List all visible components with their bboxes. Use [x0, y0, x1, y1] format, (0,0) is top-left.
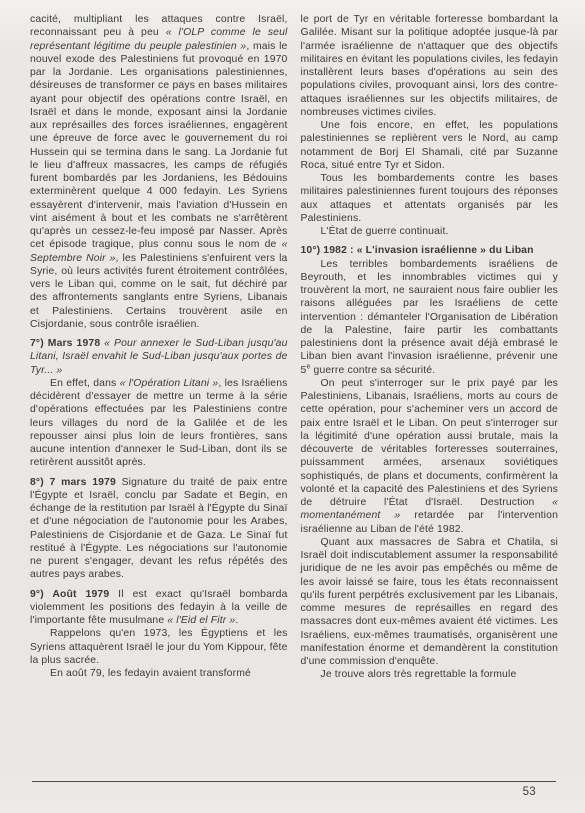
page-number: 53 — [523, 786, 536, 798]
text-segment-normal: , les Israéliens décidèrent d'essayer de… — [30, 378, 288, 469]
text-segment-italic: « l'Eid el Fitr » — [167, 615, 235, 626]
text-segment-normal: En effet, dans — [50, 378, 120, 389]
text-segment-normal: Les terribles bombardements israéliens d… — [301, 259, 559, 376]
text-segment-normal: Signature du traité de paix entre l'Égyp… — [30, 477, 288, 581]
text-segment-normal: L'État de guerre continuait. — [321, 226, 449, 237]
footer-rule — [32, 781, 556, 782]
text-segment-normal: . — [235, 615, 238, 626]
paragraph: Je trouve alors très regrettable la form… — [301, 668, 559, 681]
text-segment-normal: le port de Tyr en véritable forteresse b… — [301, 14, 559, 118]
paragraph: Quant aux massacres de Sabra et Chatila,… — [301, 536, 559, 669]
paragraph: le port de Tyr en véritable forteresse b… — [301, 13, 559, 119]
text-segment-normal: Une fois encore, en effet, les populatio… — [301, 120, 559, 171]
text-segment-bold: 8°) 7 mars 1979 — [30, 477, 122, 488]
text-segment-normal: Je trouve alors très regrettable la form… — [321, 669, 517, 680]
section-heading-paragraph: 7°) Mars 1978 « Pour annexer le Sud-Liba… — [30, 337, 288, 377]
paragraph: En effet, dans « l'Opération Litani », l… — [30, 377, 288, 470]
text-segment-italic: « l'Opération Litani » — [120, 378, 219, 389]
text-column-left: cacité, multipliant les attaques contre … — [30, 13, 288, 682]
text-segment-bold: 10°) 1982 : « L'invasion israélienne » d… — [301, 245, 534, 256]
section-heading-paragraph: 10°) 1982 : « L'invasion israélienne » d… — [301, 244, 559, 257]
text-segment-bold: 7°) Mars 1978 — [30, 338, 104, 349]
text-column-right: le port de Tyr en véritable forteresse b… — [301, 13, 559, 682]
text-segment-normal: Tous les bombardements contre les bases … — [301, 173, 559, 224]
paragraph: Les terribles bombardements israéliens d… — [301, 258, 559, 377]
text-segment-normal: Quant aux massacres de Sabra et Chatila,… — [301, 537, 559, 667]
paragraph: On peut s'interroger sur le prix payé pa… — [301, 377, 559, 536]
text-segment-normal: guerre contre sa sécurité. — [310, 365, 435, 376]
section-heading-paragraph: 9°) Août 1979 Il est exact qu'Israël bom… — [30, 588, 288, 628]
text-segment-normal: , mais le nouvel exode des Palestiniens … — [30, 41, 288, 251]
paragraph: Une fois encore, en effet, les populatio… — [301, 119, 559, 172]
two-column-text-block: cacité, multipliant les attaques contre … — [30, 13, 558, 682]
paragraph: En août 79, les fedayin avaient transfor… — [30, 667, 288, 680]
text-segment-normal: En août 79, les fedayin avaient transfor… — [50, 668, 251, 679]
text-segment-normal: Rappelons qu'en 1973, les Égyptiens et l… — [30, 628, 288, 666]
text-segment-normal: , les Palestiniens s'enfuirent vers la S… — [30, 253, 288, 330]
paragraph: Rappelons qu'en 1973, les Égyptiens et l… — [30, 627, 288, 667]
paragraph: cacité, multipliant les attaques contre … — [30, 13, 288, 331]
section-heading-paragraph: 8°) 7 mars 1979 Signature du traité de p… — [30, 476, 288, 582]
text-segment-normal: On peut s'interroger sur le prix payé pa… — [301, 378, 559, 508]
document-page: cacité, multipliant les attaques contre … — [0, 0, 585, 813]
paragraph: L'État de guerre continuait. — [301, 225, 559, 238]
paragraph: Tous les bombardements contre les bases … — [301, 172, 559, 225]
text-segment-bold: 9°) Août 1979 — [30, 589, 118, 600]
